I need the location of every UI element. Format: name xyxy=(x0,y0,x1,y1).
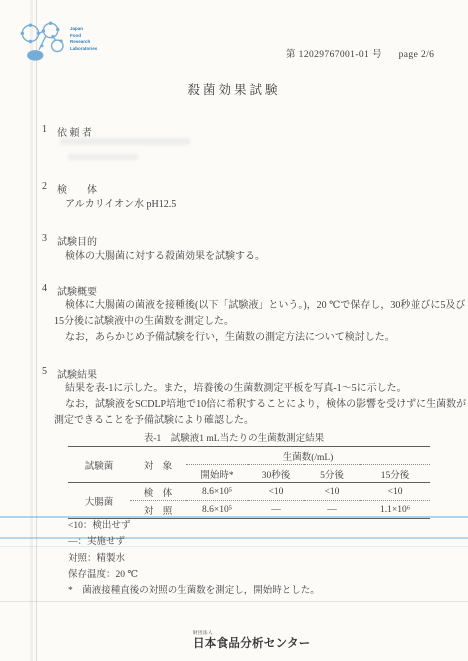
note-line: * 菌液接種直後の対照の生菌数を測定し，開始時とした。 xyxy=(68,583,320,599)
page-indicator: page 2/6 xyxy=(399,50,435,60)
table-caption: 表-1 試験液1 mL当たりの生菌数測定結果 xyxy=(0,430,468,444)
cell-value: <10 xyxy=(248,483,304,501)
note-line: <10：検出せず xyxy=(68,518,320,534)
note-line: ―：実施せず xyxy=(68,534,320,550)
table-row: 大腸菌 検 体 8.6×10⁵ <10 <10 <10 xyxy=(68,483,430,501)
col-header-count-group: 生菌数(/mL) xyxy=(186,447,430,465)
cell-value: 8.6×10⁵ xyxy=(186,501,248,519)
col-header-15min: 15分後 xyxy=(360,465,430,483)
section-5-body-line: 結果を表-1に示した。また，培養後の生菌数測定平板を写真-1～5に示した。 xyxy=(65,379,407,394)
note-line: 対照：精製水 xyxy=(68,551,320,567)
col-header-bacteria: 試験菌 xyxy=(68,447,130,483)
cell-target: 検 体 xyxy=(130,483,186,501)
col-header-5min: 5分後 xyxy=(304,465,360,483)
document-title: 殺菌効果試験 xyxy=(0,80,468,98)
section-4-body-line: 15分後に試験液中の生菌数を測定した。 xyxy=(54,312,234,327)
section-label: 依 頼 者 xyxy=(57,124,92,139)
cell-value: <10 xyxy=(304,483,360,501)
section-label: 試験目的 xyxy=(57,233,97,248)
document-page: Japan Food Research Laboratories 第 12029… xyxy=(0,0,468,661)
cell-value: 8.6×10⁵ xyxy=(186,483,248,501)
cell-value: <10 xyxy=(360,483,430,501)
document-number: 第 12029767001-01 号 xyxy=(286,50,382,60)
table-header-row: 試験菌 対 象 生菌数(/mL) xyxy=(68,447,430,465)
paper-edge-line xyxy=(36,0,37,661)
jfrl-molecule-logo-icon xyxy=(16,18,66,64)
paper-edge-band xyxy=(30,0,33,661)
results-table: 試験菌 対 象 生菌数(/mL) 開始時* 30秒後 5分後 15分後 大腸菌 … xyxy=(68,446,430,519)
redacted-text-smudge xyxy=(60,138,190,145)
cell-value: ― xyxy=(304,501,360,519)
section-5-body-line: なお，試験液をSCDLP培地で10倍に希釈することにより，検体の影響を受けずに生… xyxy=(65,395,466,410)
cell-target: 対 照 xyxy=(130,501,186,519)
footer-logo-orgname: 日本食品分析センター xyxy=(193,635,311,652)
section-number: 2 xyxy=(42,181,47,192)
col-header-target: 対 象 xyxy=(130,447,186,483)
cell-value: ― xyxy=(248,501,304,519)
section-4-body-line: なお，あらかじめ予備試験を行い，生菌数の測定方法について検討した。 xyxy=(65,328,395,343)
scan-artifact-line xyxy=(0,601,468,602)
section-label: 検 体 xyxy=(57,181,97,196)
table-notes: <10：検出せず ―：実施せず 対照：精製水 保存温度：20 ℃ * 菌液接種直… xyxy=(68,518,320,599)
cell-value: 1.1×10⁶ xyxy=(360,501,430,519)
section-2-body-line: アルカリイオン水 pH12.5 xyxy=(65,195,176,210)
section-number: 3 xyxy=(42,233,47,244)
section-3-body-line: 検体の大腸菌に対する殺菌効果を試験する。 xyxy=(65,247,265,262)
logo-wordmark: Japan Food Research Laboratories xyxy=(70,26,97,64)
note-line: 保存温度：20 ℃ xyxy=(68,567,320,583)
section-number: 1 xyxy=(42,124,47,135)
section-number: 4 xyxy=(42,283,47,294)
header-logo: Japan Food Research Laboratories xyxy=(16,18,97,64)
section-5-body-line: 測定できることを予備試験により確認した。 xyxy=(54,411,254,426)
redacted-text-smudge xyxy=(68,154,138,160)
section-number: 5 xyxy=(42,366,47,377)
col-header-start: 開始時* xyxy=(186,465,248,483)
cell-bacteria: 大腸菌 xyxy=(68,483,130,519)
document-number-line: 第 12029767001-01 号 page 2/6 xyxy=(286,46,434,60)
col-header-30s: 30秒後 xyxy=(248,465,304,483)
footer-logo: 財団法人 日本食品分析センター xyxy=(193,630,311,651)
logo-word: Laboratories xyxy=(70,46,97,53)
section-4-body-line: 検体に大腸菌の菌液を接種後(以下「試験液」という。)，20 ℃で保存し，30秒並… xyxy=(65,296,465,311)
